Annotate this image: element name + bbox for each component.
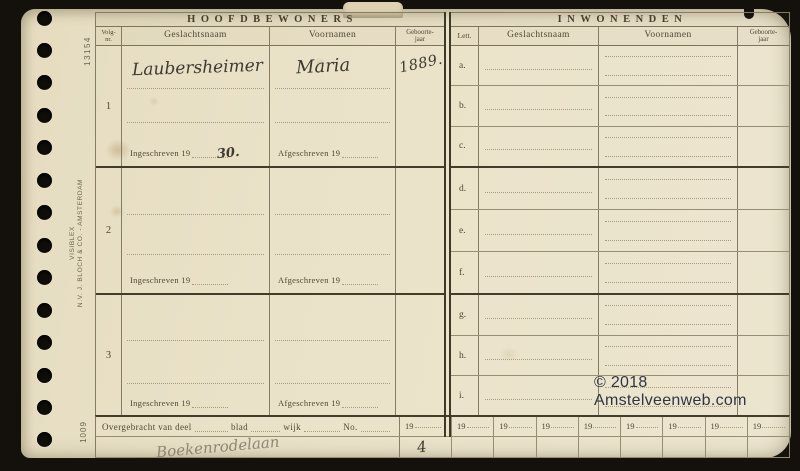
column-header-geslachtsnaam: Geslachtsnaam	[479, 27, 599, 45]
transfer-entry-row: Boekenrodelaan 4	[95, 437, 790, 458]
dotted-leader	[593, 421, 616, 428]
volgnr-line2: nr.	[105, 36, 112, 43]
handwritten-surname: Laubersheimer	[132, 56, 264, 81]
lett-cell: e.	[451, 210, 479, 251]
scanned-card-photo: 13154 VISIBLEX N.V. J. BLOCH & CO. - AMS…	[0, 0, 800, 471]
voornamen-cell: Afgeschreven 19	[270, 168, 396, 293]
dotted-leader	[192, 400, 228, 408]
dotted-leader	[342, 277, 378, 285]
year-cell: 19	[537, 417, 579, 436]
inwonenden-group-1: a. b. c.	[451, 46, 789, 168]
punch-hole	[37, 205, 52, 220]
year-entry-cell	[452, 437, 494, 457]
dotted-writing-line	[275, 214, 390, 215]
ingeschreven-row: Ingeschreven 19	[130, 148, 261, 158]
dotted-leader	[195, 423, 228, 432]
column-header-voornamen: Voornamen	[599, 27, 738, 45]
dotted-writing-line	[127, 254, 264, 255]
punch-hole	[37, 400, 52, 415]
inwonende-row-e: e.	[451, 210, 789, 252]
handwritten-birthyear: 1889.	[398, 52, 444, 77]
punch-hole	[37, 432, 52, 447]
year-entry-cell	[663, 437, 705, 457]
geslachtsnaam-cell	[479, 127, 599, 166]
volgnr-cell: 1	[96, 46, 122, 166]
handwritten-firstname: Maria	[295, 55, 350, 79]
dotted-writing-line	[605, 263, 731, 264]
geslachtsnaam-cell: Ingeschreven 19	[122, 295, 270, 416]
dotted-leader	[720, 421, 743, 428]
geslachtsnaam-cell	[479, 336, 599, 376]
dotted-leader	[342, 150, 378, 158]
overgebracht-cell: Overgebracht van deel blad wijk No.	[96, 417, 400, 436]
dotted-writing-line	[127, 122, 264, 123]
year-prefix: 19	[711, 421, 720, 431]
copyright-watermark: © 2018 Amstelveenweb.com	[594, 374, 800, 410]
year-cell: 19	[452, 417, 494, 436]
dotted-writing-line	[127, 88, 264, 89]
dotted-leader	[304, 423, 340, 432]
lett-cell: c.	[451, 127, 479, 166]
transfer-footer: Overgebracht van deel blad wijk No. 19 1…	[95, 415, 790, 458]
form-serial-number: 13154	[83, 21, 95, 81]
column-header-geboortejaar: Geboorte- jaar	[738, 27, 789, 45]
dotted-writing-line	[127, 340, 264, 341]
dotted-writing-line	[605, 221, 731, 222]
ingeschreven-label: Ingeschreven 19	[130, 148, 190, 158]
printer-imprint: VISIBLEX N.V. J. BLOCH & CO. - AMSTERDAM	[69, 168, 85, 318]
dotted-leader	[192, 277, 228, 285]
column-header-geslachtsnaam: Geslachtsnaam	[122, 27, 270, 45]
dotted-writing-line	[605, 97, 731, 98]
year-entry-cell: 4	[400, 437, 452, 457]
handwritten-street: Boekenrodelaan	[155, 433, 280, 462]
voornamen-cell	[599, 210, 738, 251]
voornamen-cell	[599, 295, 738, 335]
year-prefix: 19	[584, 421, 593, 431]
lett-cell: a.	[451, 46, 479, 85]
resident-block-2: 2 Ingeschreven 19 Af	[96, 168, 444, 295]
dotted-writing-line	[605, 365, 731, 366]
year-prefix: 19	[405, 421, 414, 431]
geboortejaar-cell	[738, 168, 789, 209]
inwonende-row-g: g.	[451, 295, 789, 336]
geslachtsnaam-cell	[479, 168, 599, 209]
overgebracht-label: Overgebracht van deel	[102, 422, 192, 432]
dotted-leader	[467, 421, 490, 428]
year-prefix: 19	[542, 421, 551, 431]
year-cell: 19	[494, 417, 536, 436]
year-prefix: 19	[499, 421, 508, 431]
lett-cell: h.	[451, 336, 479, 376]
dotted-writing-line	[605, 305, 731, 306]
street-entry-cell: Boekenrodelaan	[96, 437, 400, 457]
geboortejaar-cell	[396, 168, 444, 293]
afgeschreven-row: Afgeschreven 19	[278, 275, 387, 285]
punch-hole	[37, 75, 52, 90]
dotted-leader	[361, 423, 390, 432]
voornamen-cell: Maria Afgeschreven 19	[270, 46, 396, 166]
dotted-writing-line	[275, 122, 390, 123]
inwonenden-title: INWONENDEN	[451, 13, 789, 27]
volgnr-cell: 2	[96, 168, 122, 293]
afgeschreven-label: Afgeschreven 19	[278, 398, 340, 408]
section-divider-rule	[444, 12, 451, 437]
dotted-writing-line	[605, 56, 731, 57]
dotted-writing-line	[275, 340, 390, 341]
column-header-volgnr: Volg- nr.	[96, 27, 122, 45]
geboortejaar-cell	[396, 295, 444, 416]
punch-hole	[37, 270, 52, 285]
year-entry-cell	[537, 437, 579, 457]
year-cell: 19	[621, 417, 663, 436]
volgnr-line1: Volg-	[101, 29, 115, 36]
inwonende-row-a: a.	[451, 46, 789, 86]
geslachtsnaam-cell: Laubersheimer Ingeschreven 19 30.	[122, 46, 270, 166]
dotted-leader	[762, 421, 785, 428]
dotted-writing-line	[485, 192, 592, 193]
year-prefix: 19	[457, 421, 466, 431]
punch-hole	[37, 140, 52, 155]
voornamen-cell	[599, 127, 738, 166]
form-code-number: 1009	[79, 402, 91, 462]
dotted-leader	[678, 421, 701, 428]
blad-label: blad	[231, 422, 248, 432]
ingeschreven-label: Ingeschreven 19	[130, 275, 190, 285]
dotted-writing-line	[485, 234, 592, 235]
ingeschreven-row: Ingeschreven 19	[130, 275, 261, 285]
dotted-writing-line	[605, 282, 731, 283]
geslachtsnaam-cell: Ingeschreven 19	[122, 168, 270, 293]
geboortejaar-cell	[738, 252, 789, 293]
geslachtsnaam-cell	[479, 295, 599, 335]
year-cell: 19	[663, 417, 705, 436]
geslachtsnaam-cell	[479, 210, 599, 251]
dotted-writing-line	[605, 137, 731, 138]
printer-company: N.V. J. BLOCH & CO. - AMSTERDAM	[77, 168, 85, 318]
geboortejaar-cell	[738, 295, 789, 335]
geboortejaar-line1: Geboorte-	[406, 29, 434, 37]
punch-hole	[37, 108, 52, 123]
lett-cell: g.	[451, 295, 479, 335]
dotted-writing-line	[605, 324, 731, 325]
wijk-label: wijk	[283, 422, 301, 432]
dotted-writing-line	[605, 346, 731, 347]
no-label: No.	[343, 422, 357, 432]
year-prefix: 19	[626, 421, 635, 431]
inwonenden-section: INWONENDEN Lett. Geslachtsnaam Voornamen…	[451, 12, 790, 415]
year-prefix: 19	[668, 421, 677, 431]
dotted-leader	[415, 421, 441, 428]
geboortejaar-line1: Geboorte-	[750, 29, 778, 37]
dotted-leader	[342, 400, 378, 408]
geslachtsnaam-cell	[479, 252, 599, 293]
ingeschreven-row: Ingeschreven 19	[130, 398, 261, 408]
geboortejaar-cell	[738, 86, 789, 125]
dotted-writing-line	[275, 383, 390, 384]
geslachtsnaam-cell	[479, 376, 599, 416]
hoofdbewoners-title: HOOFDBEWONERS	[96, 13, 444, 27]
lett-cell: f.	[451, 252, 479, 293]
inwonende-row-f: f.	[451, 252, 789, 293]
afgeschreven-row: Afgeschreven 19	[278, 148, 387, 158]
geboortejaar-cell	[738, 336, 789, 376]
inwonende-row-d: d.	[451, 168, 789, 210]
voornamen-cell	[599, 168, 738, 209]
punch-hole	[37, 43, 52, 58]
afgeschreven-label: Afgeschreven 19	[278, 148, 340, 158]
geslachtsnaam-cell	[479, 86, 599, 125]
year-entry-cell	[579, 437, 621, 457]
lett-cell: b.	[451, 86, 479, 125]
voornamen-cell: Afgeschreven 19	[270, 295, 396, 416]
dotted-leader	[551, 421, 574, 428]
voornamen-cell	[599, 86, 738, 125]
lett-cell: i.	[451, 376, 479, 416]
year-entry-cell	[706, 437, 748, 457]
geslachtsnaam-cell	[479, 46, 599, 85]
dotted-writing-line	[485, 69, 592, 70]
year-entry-cell	[494, 437, 536, 457]
dotted-writing-line	[605, 156, 731, 157]
dotted-writing-line	[485, 149, 592, 150]
resident-block-1: 1 Laubersheimer Ingeschreven 19 30. Mari…	[96, 46, 444, 168]
geboortejaar-cell: 1889.	[396, 46, 444, 166]
handwritten-deel-number: 4	[416, 437, 428, 456]
dotted-writing-line	[485, 359, 592, 360]
dotted-leader	[251, 423, 280, 432]
dotted-writing-line	[605, 179, 731, 180]
year-cell: 19	[748, 417, 789, 436]
dotted-writing-line	[485, 318, 592, 319]
voornamen-cell	[599, 46, 738, 85]
dotted-writing-line	[127, 214, 264, 215]
hoofdbewoners-section: HOOFDBEWONERS Volg- nr. Geslachtsnaam Vo…	[95, 12, 444, 415]
year-prefix: 19	[753, 421, 762, 431]
dotted-writing-line	[127, 383, 264, 384]
dotted-leader	[636, 421, 659, 428]
ingeschreven-label: Ingeschreven 19	[130, 398, 190, 408]
dotted-writing-line	[485, 399, 592, 400]
afgeschreven-row: Afgeschreven 19	[278, 398, 387, 408]
geboortejaar-cell	[738, 210, 789, 251]
dotted-writing-line	[605, 198, 731, 199]
column-header-geboortejaar: Geboorte- jaar	[396, 27, 444, 45]
dotted-writing-line	[485, 276, 592, 277]
dotted-writing-line	[485, 109, 592, 110]
inwonende-row-b: b.	[451, 86, 789, 126]
resident-block-3: 3 Ingeschreven 19 Af	[96, 295, 444, 416]
voornamen-cell	[599, 336, 738, 376]
dotted-writing-line	[275, 88, 390, 89]
geboortejaar-cell	[738, 127, 789, 166]
punch-hole	[37, 173, 52, 188]
year-entry-cell	[621, 437, 663, 457]
dotted-leader	[509, 421, 532, 428]
geboortejaar-line2: jaar	[758, 36, 768, 44]
volgnr-cell: 3	[96, 295, 122, 416]
dotted-writing-line	[275, 254, 390, 255]
inwonenden-group-2: d. e. f.	[451, 168, 789, 295]
year-cell: 19	[579, 417, 621, 436]
transfer-label-row: Overgebracht van deel blad wijk No. 19 1…	[95, 415, 790, 437]
year-entry-cell	[748, 437, 789, 457]
printer-brand: VISIBLEX	[69, 168, 77, 318]
dotted-writing-line	[605, 75, 731, 76]
geboortejaar-cell	[738, 46, 789, 85]
punch-hole	[37, 11, 52, 26]
column-header-voornamen: Voornamen	[270, 27, 396, 45]
lett-cell: d.	[451, 168, 479, 209]
dotted-writing-line	[605, 240, 731, 241]
inwonende-row-h: h.	[451, 336, 789, 377]
afgeschreven-label: Afgeschreven 19	[278, 275, 340, 285]
inwonenden-column-headers: Lett. Geslachtsnaam Voornamen Geboorte- …	[451, 27, 789, 46]
handwritten-ingeschreven-year: 30.	[216, 145, 240, 162]
voornamen-cell	[599, 252, 738, 293]
geboortejaar-line2: jaar	[415, 36, 425, 44]
dotted-writing-line	[605, 115, 731, 116]
hoofdbewoners-column-headers: Volg- nr. Geslachtsnaam Voornamen Geboor…	[96, 27, 444, 46]
punch-hole	[37, 238, 52, 253]
punch-hole	[37, 368, 52, 383]
year-cell: 19	[706, 417, 748, 436]
punch-hole	[37, 335, 52, 350]
inwonende-row-c: c.	[451, 127, 789, 166]
punch-hole	[37, 303, 52, 318]
column-header-lett: Lett.	[451, 27, 479, 45]
